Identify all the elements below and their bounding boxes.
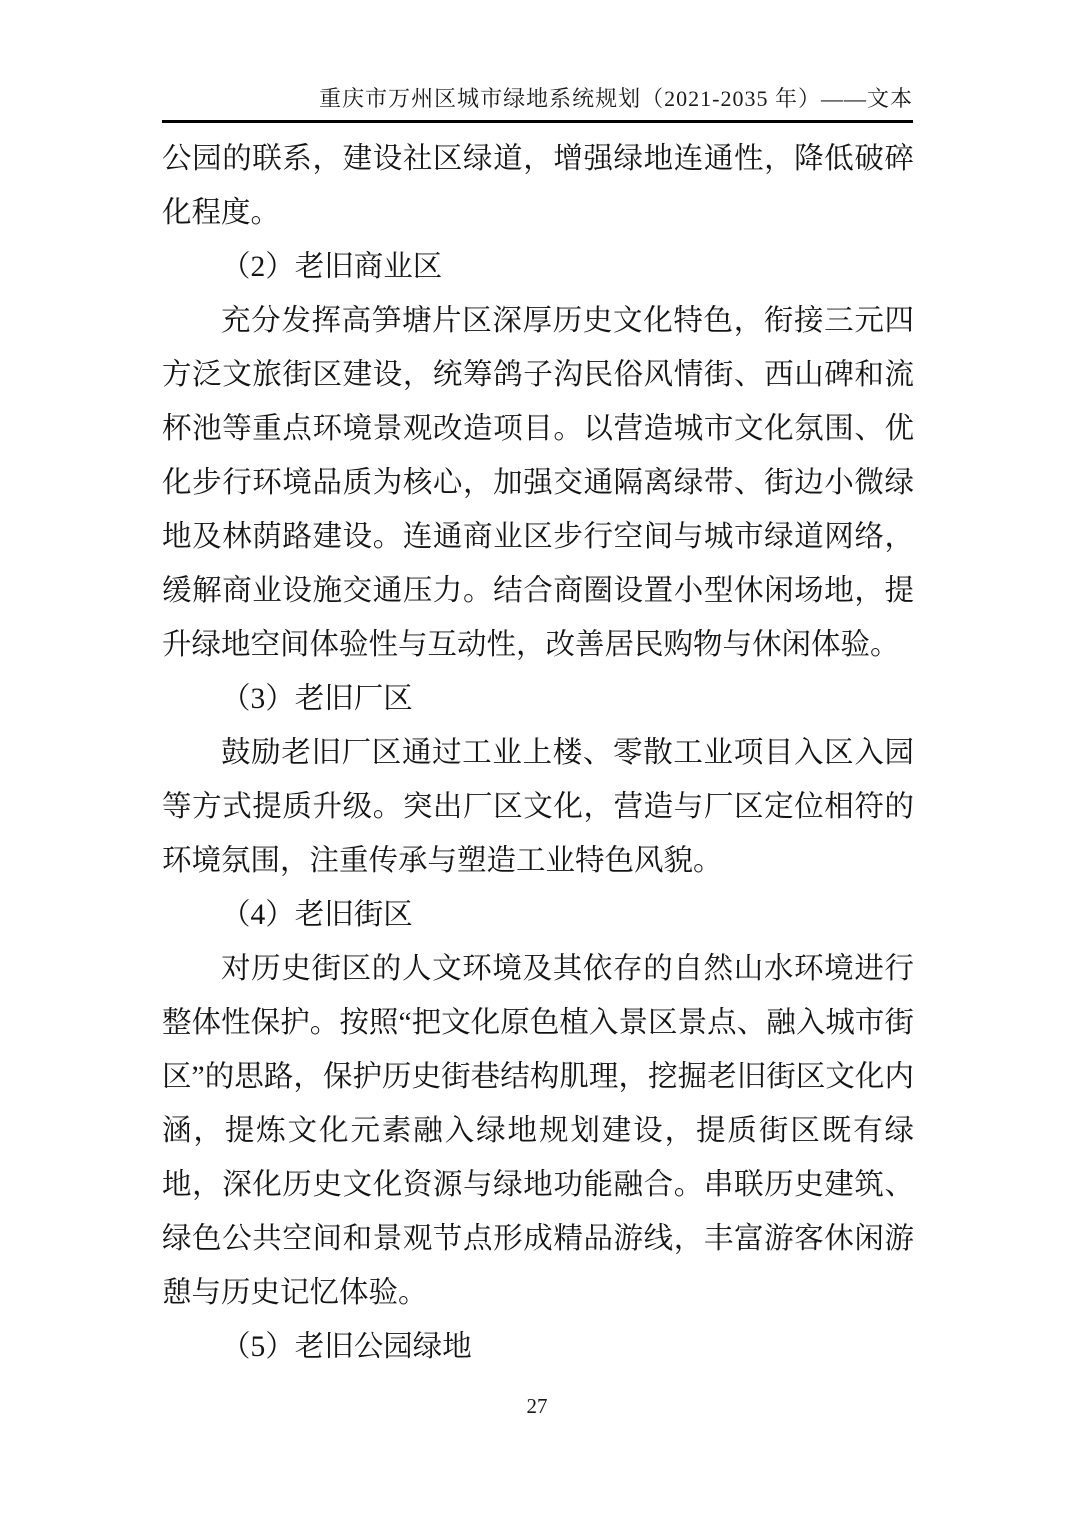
section-heading-old-street-district: （4）老旧街区 (162, 888, 914, 942)
document-body: 公园的联系，建设社区绿道，增强绿地连通性，降低破碎化程度。 （2）老旧商业区 充… (162, 132, 914, 1374)
paragraph-old-factory-district: 鼓励老旧厂区通过工业上楼、零散工业项目入区入园等方式提质升级。突出厂区文化，营造… (162, 726, 914, 888)
section-heading-old-factory-district: （3）老旧厂区 (162, 672, 914, 726)
page-header: 重庆市万州区城市绿地系统规划（2021-2035 年）——文本 (162, 82, 913, 123)
paragraph-old-street-district: 对历史街区的人文环境及其依存的自然山水环境进行整体性保护。按照“把文化原色植入景… (162, 942, 914, 1320)
page-footer: 27 (0, 1394, 1074, 1419)
section-heading-old-commercial-district: （2）老旧商业区 (162, 240, 914, 294)
header-title: 重庆市万州区城市绿地系统规划（2021-2035 年）——文本 (319, 86, 913, 111)
paragraph-continuation: 公园的联系，建设社区绿道，增强绿地连通性，降低破碎化程度。 (162, 132, 914, 240)
section-heading-old-park-green-space: （5）老旧公园绿地 (162, 1320, 914, 1374)
paragraph-old-commercial-district: 充分发挥高笋塘片区深厚历史文化特色，衔接三元四方泛文旅街区建设，统筹鸽子沟民俗风… (162, 294, 914, 672)
page-number: 27 (527, 1394, 548, 1418)
document-page: 重庆市万州区城市绿地系统规划（2021-2035 年）——文本 公园的联系，建设… (0, 0, 1074, 1520)
